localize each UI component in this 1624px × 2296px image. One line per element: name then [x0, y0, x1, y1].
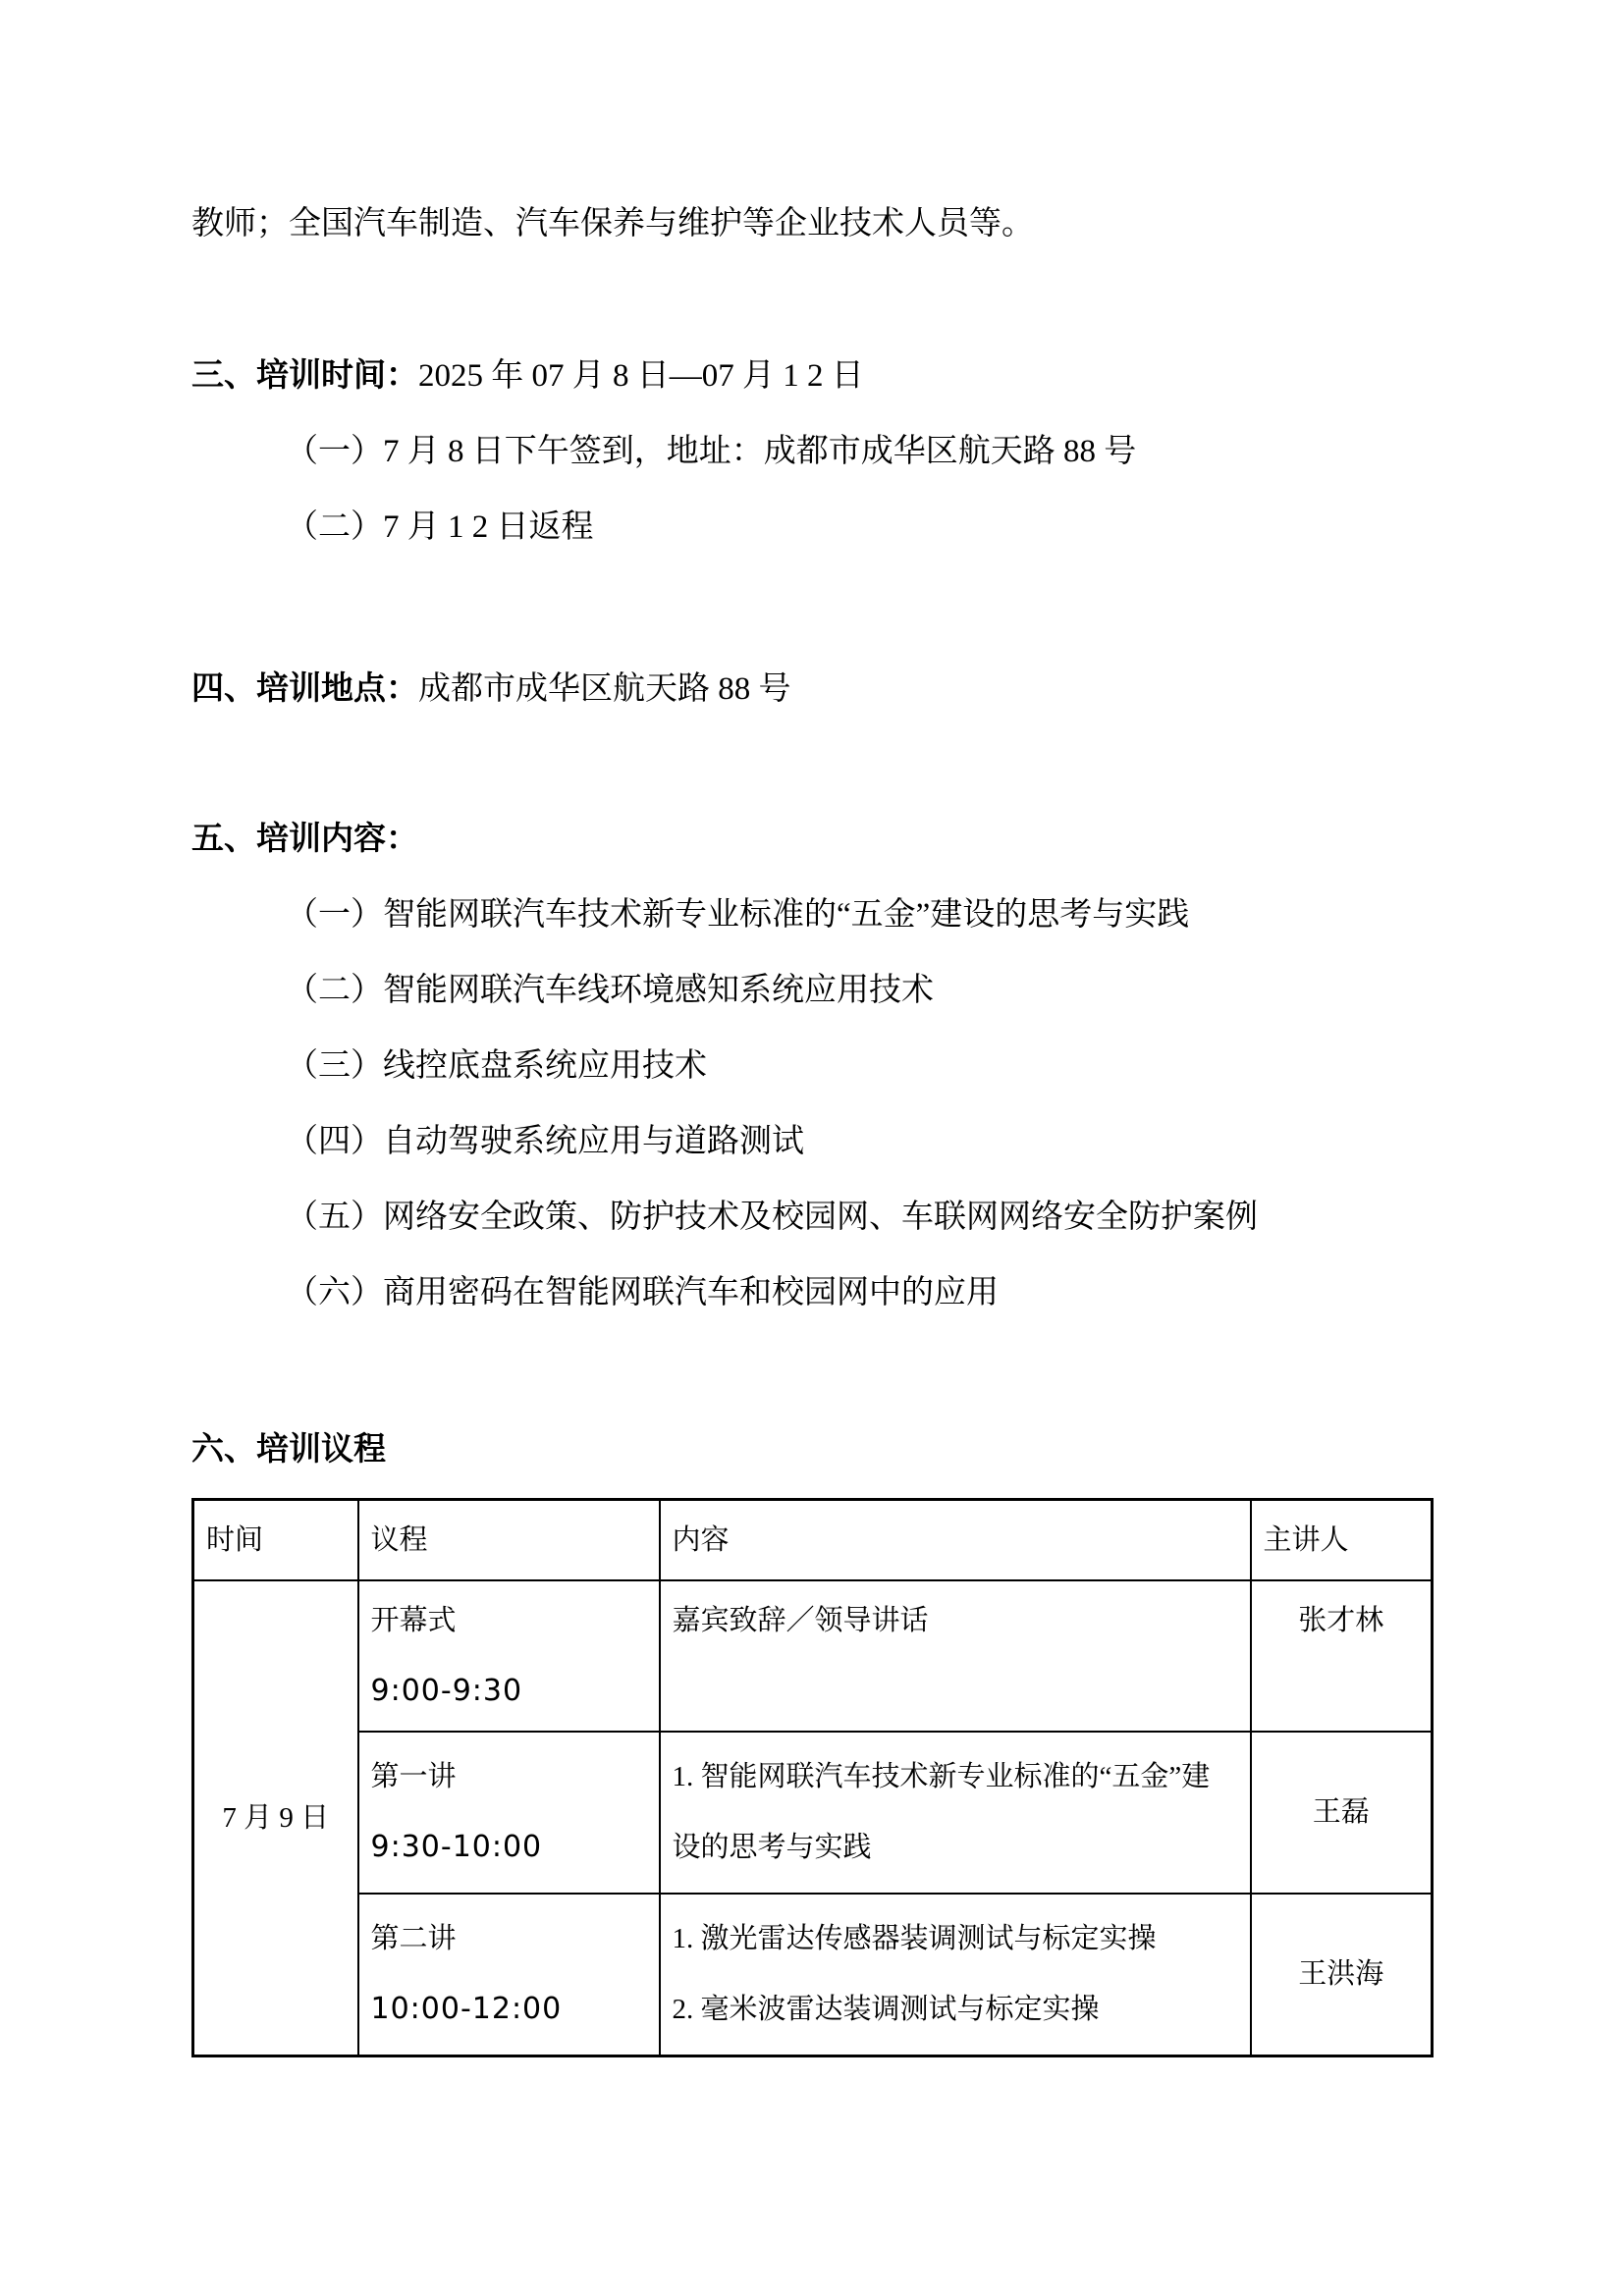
content-line: 嘉宾致辞／领导讲话 — [673, 1585, 1238, 1656]
content-line: 2. 毫米波雷达装调测试与标定实操 — [673, 1974, 1238, 2045]
section-value: 成都市成华区航天路 88 号 — [418, 671, 791, 707]
content-item-2: （二）智能网联汽车线环境感知系统应用技术 — [191, 953, 1433, 1029]
agenda-cell: 开幕式 9:00-9:30 — [358, 1580, 660, 1732]
agenda-time: 9:00-9:30 — [371, 1656, 647, 1727]
date-cell: 7 月 9 日 — [193, 1580, 358, 2056]
content-item-6: （六）商用密码在智能网联汽车和校园网中的应用 — [191, 1255, 1433, 1331]
content-cell: 嘉宾致辞／领导讲话 — [660, 1580, 1251, 1732]
table-row: 7 月 9 日 开幕式 9:00-9:30 嘉宾致辞／领导讲话 张才林 — [193, 1580, 1433, 1732]
header-cell-content: 内容 — [660, 1500, 1251, 1580]
table-row: 第一讲 9:30-10:00 1. 智能网联汽车技术新专业标准的“五金”建设的思… — [193, 1732, 1433, 1894]
speaker-cell: 张才林 — [1251, 1580, 1433, 1732]
section-heading-training-agenda: 六、培训议程 — [191, 1413, 1433, 1488]
section-heading-training-location: 四、培训地点：成都市成华区航天路 88 号 — [191, 652, 1433, 727]
section-value: 2025 年 07 月 8 日—07 月 1 2 日 — [418, 358, 864, 394]
content-cell: 1. 激光雷达传感器装调测试与标定实操 2. 毫米波雷达装调测试与标定实操 — [660, 1894, 1251, 2056]
content-item-5: （五）网络安全政策、防护技术及校园网、车联网网络安全防护案例 — [191, 1180, 1433, 1255]
agenda-time: 10:00-12:00 — [371, 1974, 647, 2045]
header-cell-speaker: 主讲人 — [1251, 1500, 1433, 1580]
speaker-cell: 王洪海 — [1251, 1894, 1433, 2056]
list-item-return: （二）7 月 1 2 日返程 — [191, 490, 1433, 565]
content-item-1: （一）智能网联汽车技术新专业标准的“五金”建设的思考与实践 — [191, 878, 1433, 953]
content-item-3: （三）线控底盘系统应用技术 — [191, 1029, 1433, 1104]
content-line: 1. 激光雷达传感器装调测试与标定实操 — [673, 1903, 1238, 1974]
agenda-title: 第二讲 — [371, 1903, 647, 1974]
intro-paragraph: 教师；全国汽车制造、汽车保养与维护等企业技术人员等。 — [191, 187, 1433, 262]
speaker-cell: 王磊 — [1251, 1732, 1433, 1894]
header-cell-agenda: 议程 — [358, 1500, 660, 1580]
section-label: 四、培训地点： — [191, 671, 418, 707]
agenda-time: 9:30-10:00 — [371, 1812, 647, 1883]
agenda-title: 开幕式 — [371, 1585, 647, 1656]
content-cell: 1. 智能网联汽车技术新专业标准的“五金”建设的思考与实践 — [660, 1732, 1251, 1894]
content-item-4: （四）自动驾驶系统应用与道路测试 — [191, 1104, 1433, 1180]
agenda-title: 第一讲 — [371, 1741, 647, 1812]
table-row: 第二讲 10:00-12:00 1. 激光雷达传感器装调测试与标定实操 2. 毫… — [193, 1894, 1433, 2056]
table-header-row: 时间 议程 内容 主讲人 — [193, 1500, 1433, 1580]
content-line: 1. 智能网联汽车技术新专业标准的“五金”建设的思考与实践 — [673, 1741, 1238, 1883]
agenda-cell: 第二讲 10:00-12:00 — [358, 1894, 660, 2056]
section-heading-training-time: 三、培训时间：2025 年 07 月 8 日—07 月 1 2 日 — [191, 339, 1433, 414]
list-item-signin: （一）7 月 8 日下午签到，地址：成都市成华区航天路 88 号 — [191, 414, 1433, 490]
agenda-table: 时间 议程 内容 主讲人 7 月 9 日 开幕式 9:00-9:30 嘉宾致辞／… — [191, 1498, 1434, 2057]
section-label: 三、培训时间： — [191, 358, 418, 394]
header-cell-time: 时间 — [193, 1500, 358, 1580]
agenda-cell: 第一讲 9:30-10:00 — [358, 1732, 660, 1894]
document-page: 教师；全国汽车制造、汽车保养与维护等企业技术人员等。 三、培训时间：2025 年… — [0, 0, 1624, 2296]
section-heading-training-content: 五、培训内容： — [191, 802, 1433, 878]
